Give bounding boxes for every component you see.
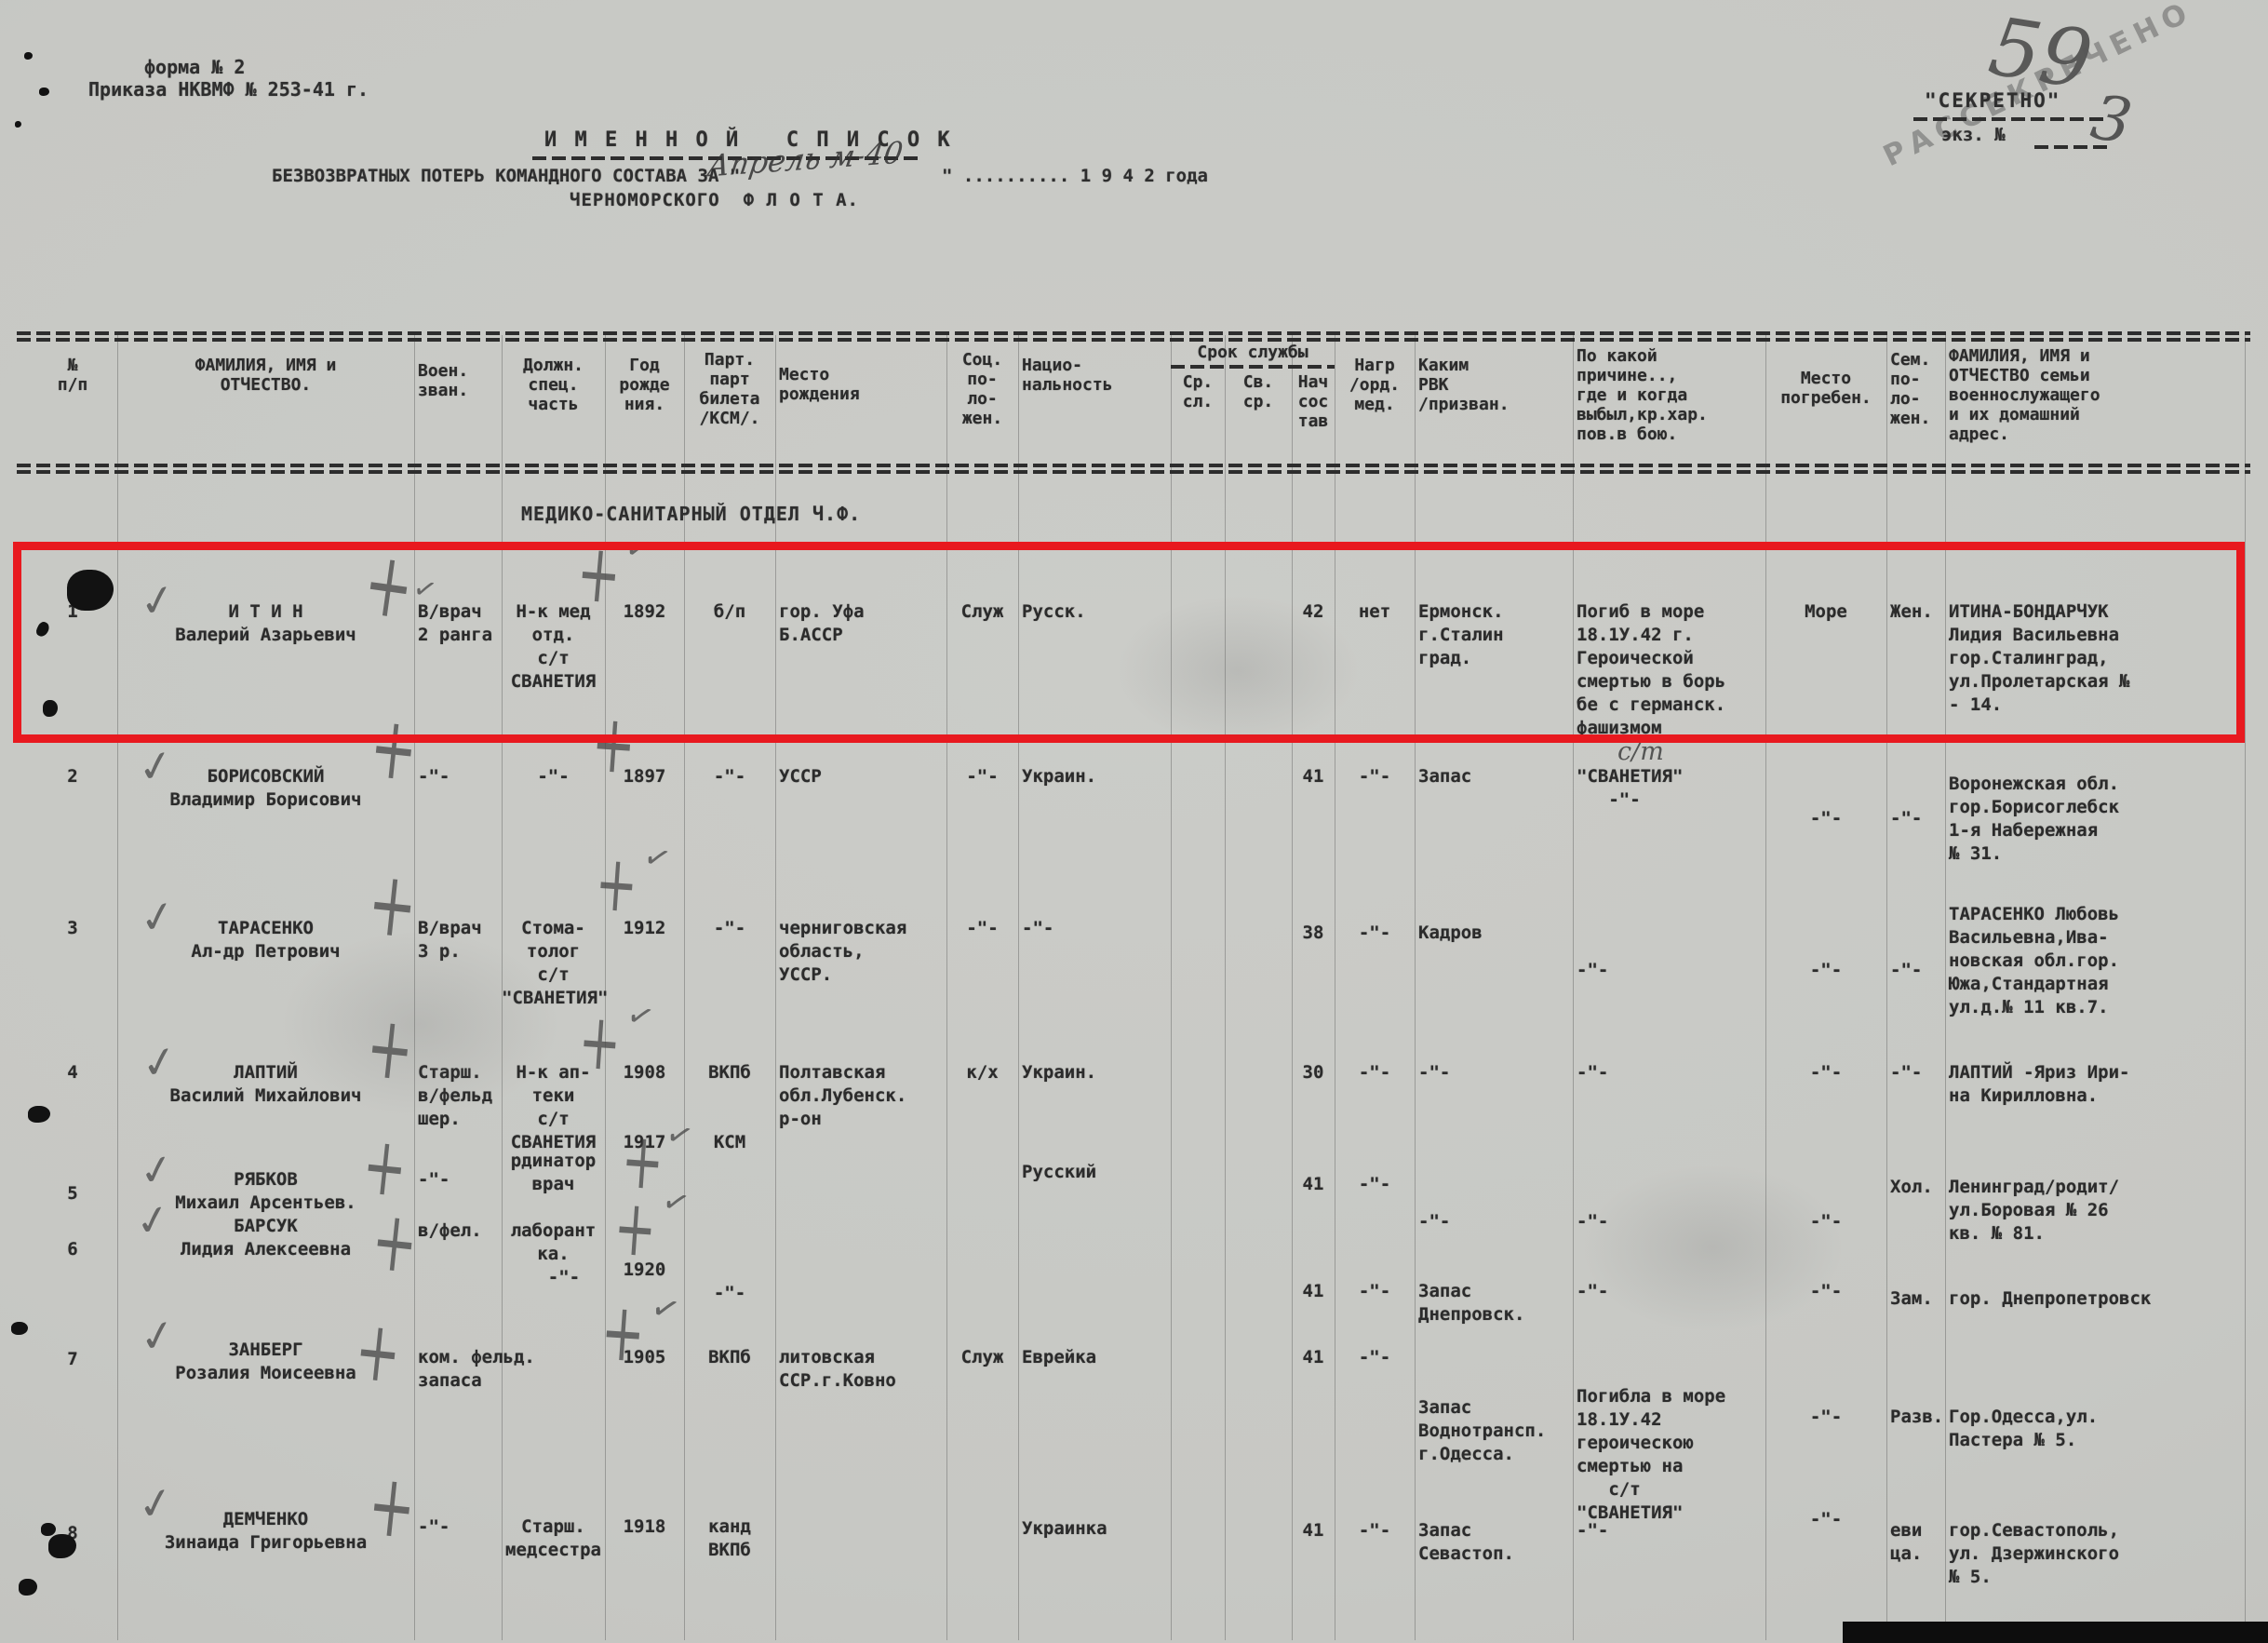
cell-line: гор.Севастополь, bbox=[1949, 1519, 2256, 1542]
cell-line: 30 bbox=[1292, 1061, 1335, 1084]
column-line bbox=[775, 335, 776, 1640]
cell-line: запаса bbox=[418, 1369, 505, 1393]
cell-r7-burial: -"- bbox=[1765, 1406, 1886, 1429]
handwritten-checkmark-icon: ✓ bbox=[646, 1286, 684, 1331]
cell-r6-rvk: ЗапасДнепровск. bbox=[1415, 1280, 1577, 1327]
cell-r2-num: 2 bbox=[28, 765, 117, 788]
cell-r5-nach: 41 bbox=[1292, 1173, 1335, 1196]
header-line: сл. bbox=[1171, 392, 1225, 411]
form-note-line2: Приказа НКВМФ № 253-41 г. bbox=[88, 78, 369, 101]
cell-r5-num: 5 bbox=[28, 1182, 117, 1205]
cell-line: смертью на bbox=[1577, 1455, 1769, 1478]
cell-line: литовская bbox=[779, 1346, 950, 1369]
cell-line: ул.д.№ 11 кв.7. bbox=[1949, 996, 2256, 1019]
cell-line bbox=[684, 1084, 775, 1108]
cell-r8-fstat: евица. bbox=[1886, 1519, 1949, 1566]
cell-r5-duty: рдинаторврач bbox=[502, 1150, 605, 1196]
cell-r4-party: ВКПбКСМ bbox=[684, 1061, 775, 1154]
cell-line: -"- bbox=[1577, 1061, 1769, 1084]
scanned-document-page: форма № 2 Приказа НКВМФ № 253-41 г. 59 Р… bbox=[0, 0, 2268, 1643]
cell-line: Служ bbox=[946, 1346, 1018, 1369]
ink-blot bbox=[28, 1106, 50, 1123]
paper-smudge bbox=[1117, 596, 1359, 745]
cell-line: 41 bbox=[1292, 1280, 1335, 1303]
cell-r8-burial: -"- bbox=[1765, 1508, 1886, 1531]
cell-r7-cause: Погибла в море18.1У.42героическоюсмертью… bbox=[1573, 1385, 1769, 1525]
cell-r2-nation: Украин. bbox=[1018, 765, 1174, 788]
header-line: пов.в бою. bbox=[1577, 424, 1769, 444]
header-line: погребен. bbox=[1765, 388, 1886, 408]
handwritten-checkmark-icon: ✓ bbox=[639, 837, 676, 881]
header-birth: Месторождения bbox=[775, 365, 950, 404]
cell-r3-social: -"- bbox=[946, 917, 1018, 940]
cell-line: 41 bbox=[1292, 1346, 1335, 1369]
cell-r4-nach: 30 bbox=[1292, 1061, 1335, 1084]
header-family: ФАМИЛИЯ, ИМЯ иОТЧЕСТВО семьивоеннослужащ… bbox=[1945, 346, 2256, 444]
header-line: Сем. bbox=[1890, 350, 1949, 370]
cell-r3-nation: -"- bbox=[1018, 917, 1174, 940]
header-line: жен. bbox=[946, 409, 1018, 428]
ink-speck bbox=[24, 52, 33, 60]
cell-line: 2 bbox=[28, 765, 117, 788]
header-cause: По какойпричине..,где и когдавыбыл,кр.ха… bbox=[1573, 346, 1769, 444]
cell-r8-rank: -"- bbox=[414, 1515, 505, 1539]
cell-r8-duty: Старш.медсестра bbox=[502, 1515, 605, 1562]
cell-line: 1-я Набережная bbox=[1949, 819, 2256, 842]
cell-r6-party: -"- bbox=[684, 1282, 775, 1305]
scan-edge-black-bar bbox=[1843, 1622, 2268, 1643]
cell-r2-burial: -"- bbox=[1765, 807, 1886, 830]
ink-speck bbox=[39, 88, 49, 96]
cell-line bbox=[684, 1108, 775, 1131]
header-line: /орд. bbox=[1335, 375, 1415, 395]
cell-line: 41 bbox=[1292, 1173, 1335, 1196]
column-line bbox=[1886, 335, 1887, 1640]
cell-line: рдинатор bbox=[502, 1150, 605, 1173]
cell-line: р-он bbox=[779, 1108, 950, 1131]
header-line: Должн. bbox=[502, 356, 605, 375]
cell-line: КСМ bbox=[684, 1131, 775, 1154]
cell-r5-rvk: -"- bbox=[1415, 1210, 1577, 1233]
cell-line: -"- bbox=[1418, 1061, 1577, 1084]
cell-line: -"- bbox=[1577, 1519, 1769, 1542]
cell-line: -"- bbox=[684, 765, 775, 788]
header-line: /КСМ/. bbox=[684, 409, 775, 428]
cell-r3-family: ТАРАСЕНКО ЛюбовьВасильевна,Ива-новская о… bbox=[1945, 903, 2256, 1019]
cell-line: -"- bbox=[1335, 1173, 1415, 1196]
cell-r7-nach: 41 bbox=[1292, 1346, 1335, 1369]
cell-r8-nation: Украинка bbox=[1018, 1517, 1174, 1541]
header-line: и их домашний bbox=[1949, 405, 2256, 424]
cell-line: -"- bbox=[1765, 1508, 1886, 1531]
cell-r2-rvk: Запас bbox=[1415, 765, 1577, 788]
secrecy-stamp: "СЕКРЕТНО" bbox=[1925, 89, 2060, 112]
header-line: по- bbox=[1890, 370, 1949, 389]
header-party: Парт.партбилета/КСМ/. bbox=[684, 350, 775, 428]
column-line bbox=[1018, 335, 1019, 1640]
header-name: ФАМИЛИЯ, ИМЯ иОТЧЕСТВО. bbox=[117, 356, 414, 395]
ink-blot bbox=[11, 1322, 28, 1335]
cell-line: Запас bbox=[1418, 1519, 1577, 1542]
cell-r5-family: Ленинград/родит/ул.Боровая № 26кв. № 81. bbox=[1945, 1176, 2256, 1246]
cell-line: -"- bbox=[1335, 765, 1415, 788]
cell-line: ком. фельд. bbox=[418, 1346, 505, 1369]
cell-line: ВКПб bbox=[684, 1061, 775, 1084]
cell-line: -"- bbox=[1335, 1280, 1415, 1303]
cell-r6-family: гор. Днепропетровск bbox=[1945, 1287, 2256, 1311]
cell-r7-rvk: ЗапасВоднотрансп.г.Одесса. bbox=[1415, 1396, 1577, 1466]
header-line: сос bbox=[1292, 392, 1335, 411]
cell-r8-award: -"- bbox=[1335, 1519, 1415, 1542]
cell-line: -"- bbox=[1335, 1346, 1415, 1369]
cell-r6-num: 6 bbox=[28, 1238, 117, 1261]
cell-line: канд bbox=[684, 1515, 775, 1539]
cell-r3-burial: -"- bbox=[1765, 959, 1886, 982]
header-award: Нагр/орд.мед. bbox=[1335, 356, 1415, 414]
cell-line: новская обл.гор. bbox=[1949, 949, 2256, 973]
cell-r7-num: 7 bbox=[28, 1348, 117, 1371]
header-line: п/п bbox=[28, 375, 117, 395]
cell-r3-cause: -"- bbox=[1573, 959, 1769, 982]
cell-r3-birth: черниговскаяобласть,УССР. bbox=[775, 917, 950, 987]
cell-line: -"- bbox=[946, 917, 1018, 940]
subtitle-right: " .......... 1 9 4 2 года bbox=[942, 166, 1208, 186]
cell-line: Пастера № 5. bbox=[1949, 1429, 2256, 1452]
cell-line: -"- bbox=[418, 1515, 505, 1539]
cell-line: ка. bbox=[502, 1243, 605, 1266]
header-line: тав bbox=[1292, 411, 1335, 431]
cell-line: Васильевна,Ива- bbox=[1949, 926, 2256, 949]
column-line bbox=[117, 335, 118, 1640]
cell-r5-award: -"- bbox=[1335, 1173, 1415, 1196]
cell-line: 1918 bbox=[605, 1515, 684, 1539]
cell-r2-social: -"- bbox=[946, 765, 1018, 788]
header-line: /призван. bbox=[1418, 395, 1577, 414]
header-line: ния. bbox=[605, 395, 684, 414]
handwritten-checkmark-icon: ✓ bbox=[136, 1308, 180, 1364]
cell-line: Запас bbox=[1418, 765, 1577, 788]
cell-r6-rank: в/фел. bbox=[414, 1219, 505, 1243]
handwritten-checkmark-icon: ✓ bbox=[138, 1034, 181, 1090]
cell-line: -"- bbox=[1890, 807, 1949, 830]
cell-line: с/т bbox=[502, 1108, 605, 1131]
header-line: ОТЧЕСТВО. bbox=[117, 375, 414, 395]
secrecy-underline bbox=[1913, 117, 2107, 121]
cell-r2-nach: 41 bbox=[1292, 765, 1335, 788]
cell-line: гор.Борисоглебск bbox=[1949, 796, 2256, 819]
cell-r8-family: гор.Севастополь,ул. Дзержинского№ 5. bbox=[1945, 1519, 2256, 1589]
cell-line: -"- bbox=[946, 765, 1018, 788]
cell-r7-family: Гор.Одесса,ул.Пастера № 5. bbox=[1945, 1406, 2256, 1452]
cell-r3-party: -"- bbox=[684, 917, 775, 940]
section-header: МЕДИКО-САНИТАРНЫЙ ОТДЕЛ Ч.Ф. bbox=[521, 503, 861, 525]
cell-r7-rank: ком. фельд.запаса bbox=[414, 1346, 505, 1393]
header-service-group: Срок службы bbox=[1171, 343, 1335, 362]
cell-line: Южа,Стандартная bbox=[1949, 973, 2256, 996]
handwritten-cross-icon: + bbox=[351, 1300, 406, 1403]
cell-r4-cause: -"- bbox=[1573, 1061, 1769, 1084]
handwritten-checkmark-icon: ✓ bbox=[134, 1475, 178, 1531]
header-line: Св. bbox=[1225, 372, 1292, 392]
cell-line: 4 bbox=[28, 1061, 117, 1084]
handwritten-checkmark-icon: ✓ bbox=[658, 1181, 694, 1225]
header-rvk: КакимРВК/призван. bbox=[1415, 356, 1577, 414]
cell-r4-fstat: -"- bbox=[1886, 1061, 1949, 1084]
cell-r2-fstat: -"- bbox=[1886, 807, 1949, 830]
cell-line: Запас bbox=[1418, 1280, 1577, 1303]
handwritten-cross-icon: + bbox=[611, 1181, 660, 1275]
column-line bbox=[1292, 335, 1293, 1640]
cell-line: 38 bbox=[1292, 922, 1335, 945]
header-line: где и когда bbox=[1577, 385, 1769, 405]
header-line: ОТЧЕСТВО семьи bbox=[1949, 366, 2256, 385]
cell-line: -"- bbox=[1577, 788, 1769, 812]
cell-line: -"- bbox=[1022, 917, 1174, 940]
cell-line: черниговская bbox=[779, 917, 950, 940]
header-line: рождения bbox=[779, 384, 950, 404]
header-line: мед. bbox=[1335, 395, 1415, 414]
ink-blot bbox=[19, 1579, 37, 1596]
cell-r3-award: -"- bbox=[1335, 922, 1415, 945]
cell-line: -"- bbox=[1765, 807, 1886, 830]
cell-r8-rvk: ЗапасСевастоп. bbox=[1415, 1519, 1577, 1566]
handwritten-checkmark-icon: ✓ bbox=[134, 738, 178, 794]
cell-line: ТАРАСЕНКО Любовь bbox=[1949, 903, 2256, 926]
cell-line: Запас bbox=[1418, 1396, 1577, 1420]
cell-line: врач bbox=[502, 1173, 605, 1196]
column-line bbox=[946, 335, 947, 1640]
cell-r7-party: ВКПб bbox=[684, 1346, 775, 1369]
header-line: Соц. bbox=[946, 350, 1018, 370]
header-line: Нацио- bbox=[1022, 356, 1174, 375]
header-svsr: Св.ср. bbox=[1225, 372, 1292, 411]
ink-blot bbox=[48, 1534, 76, 1558]
cell-line: обл.Лубенск. bbox=[779, 1084, 950, 1108]
header-line: Нагр bbox=[1335, 356, 1415, 375]
cell-r5-rank: -"- bbox=[414, 1168, 505, 1192]
cell-r4-family: ЛАПТИЙ -Яриз Ири-на Кирилловна. bbox=[1945, 1061, 2256, 1108]
cell-line: -"- bbox=[502, 1266, 605, 1289]
header-burial: Местопогребен. bbox=[1765, 369, 1886, 408]
header-line: Нач bbox=[1292, 372, 1335, 392]
cell-line: еви bbox=[1890, 1519, 1949, 1542]
cell-r4-burial: -"- bbox=[1765, 1061, 1886, 1084]
cell-line: -"- bbox=[1335, 922, 1415, 945]
cell-line: на Кирилловна. bbox=[1949, 1084, 2256, 1108]
column-line bbox=[1171, 335, 1172, 1640]
cell-line: -"- bbox=[1577, 959, 1769, 982]
cell-r2-birth: УССР bbox=[775, 765, 950, 788]
header-line: часть bbox=[502, 395, 605, 414]
column-line bbox=[1335, 335, 1335, 1640]
cell-line: 5 bbox=[28, 1182, 117, 1205]
header-line: Ср. bbox=[1171, 372, 1225, 392]
header-line: спец. bbox=[502, 375, 605, 395]
cell-r7-birth: литовскаяССР.г.Ковно bbox=[775, 1346, 950, 1393]
cell-line: Полтавская bbox=[779, 1061, 950, 1084]
cell-r2-cause: "СВАНЕТИЯ" -"- bbox=[1573, 765, 1769, 812]
cell-r6-award: -"- bbox=[1335, 1280, 1415, 1303]
cell-r7-nation: Еврейка bbox=[1018, 1346, 1174, 1369]
column-line bbox=[1225, 335, 1226, 1640]
header-num: №п/п bbox=[28, 356, 117, 395]
cell-r4-social: к/х bbox=[946, 1061, 1018, 1084]
header-line: билета bbox=[684, 389, 775, 409]
subtitle-left: БЕЗВОЗВРАТНЫХ ПОТЕРЬ КОМАНДНОГО СОСТАВА … bbox=[272, 166, 740, 186]
cell-line: -"- bbox=[1335, 1519, 1415, 1542]
cell-line: область, bbox=[779, 940, 950, 963]
header-line: По какой bbox=[1577, 346, 1769, 366]
cell-r3-num: 3 bbox=[28, 917, 117, 940]
cell-r5-fstat: Хол. bbox=[1886, 1176, 1949, 1199]
cell-line: ЛАПТИЙ -Яриз Ири- bbox=[1949, 1061, 2256, 1084]
cell-line: к/х bbox=[946, 1061, 1018, 1084]
header-line: парт bbox=[684, 370, 775, 389]
cell-r4-rvk: -"- bbox=[1415, 1061, 1577, 1084]
cell-r6-duty: лаборантка. -"- bbox=[502, 1219, 605, 1289]
cell-r2-party: -"- bbox=[684, 765, 775, 788]
header-line: ФАМИЛИЯ, ИМЯ и bbox=[1949, 346, 2256, 366]
cell-line: -"- bbox=[684, 917, 775, 940]
cell-line: 7 bbox=[28, 1348, 117, 1371]
cell-line: ВКПб bbox=[684, 1346, 775, 1369]
cell-r6-fstat: Зам. bbox=[1886, 1287, 1949, 1311]
cell-r8-year: 1918 bbox=[605, 1515, 684, 1539]
cell-line: "СВАНЕТИЯ" bbox=[1577, 765, 1769, 788]
header-nation: Нацио-нальность bbox=[1018, 356, 1174, 395]
cell-r4-nation: Украин. bbox=[1018, 1061, 1174, 1084]
header-line: РВК bbox=[1418, 375, 1577, 395]
cell-r2-award: -"- bbox=[1335, 765, 1415, 788]
header-line: Место bbox=[1765, 369, 1886, 388]
cell-line: Стома- bbox=[502, 917, 605, 940]
header-rank: Воен.зван. bbox=[414, 361, 505, 400]
handwritten-cross-icon: + bbox=[593, 837, 641, 931]
header-line: жен. bbox=[1890, 409, 1949, 428]
cell-r7-fstat: Разв. bbox=[1886, 1406, 1949, 1429]
header-line: ло- bbox=[1890, 389, 1949, 409]
cell-line: Украин. bbox=[1022, 765, 1174, 788]
handwritten-checkmark-icon: ✓ bbox=[136, 1144, 178, 1197]
table-rule bbox=[17, 338, 2250, 342]
cell-line: 6 bbox=[28, 1238, 117, 1261]
cell-line: 3 bbox=[28, 917, 117, 940]
cell-r4-num: 4 bbox=[28, 1061, 117, 1084]
cell-line: Кадров bbox=[1418, 922, 1577, 945]
table-rule bbox=[17, 331, 2250, 335]
cell-line: ВКПб bbox=[684, 1539, 775, 1562]
cell-line: Гор.Одесса,ул. bbox=[1949, 1406, 2256, 1429]
header-line: ср. bbox=[1225, 392, 1292, 411]
cell-line: Старш. bbox=[502, 1515, 605, 1539]
handwritten-checkmark-icon: ✓ bbox=[136, 889, 180, 945]
cell-r7-social: Служ bbox=[946, 1346, 1018, 1369]
header-line: причине.., bbox=[1577, 366, 1769, 385]
cell-r6-nach: 41 bbox=[1292, 1280, 1335, 1303]
cell-line: -"- bbox=[684, 1282, 775, 1305]
cell-line: Днепровск. bbox=[1418, 1303, 1577, 1327]
cell-line: -"- bbox=[418, 1168, 505, 1192]
header-line: Год bbox=[605, 356, 684, 375]
header-line: Воен. bbox=[418, 361, 505, 381]
cell-line: -"- bbox=[418, 765, 505, 788]
cell-line: -"- bbox=[1765, 1061, 1886, 1084]
cell-line: г.Одесса. bbox=[1418, 1443, 1577, 1466]
cell-line: ул.Боровая № 26 bbox=[1949, 1199, 2256, 1222]
cell-line: № 5. bbox=[1949, 1566, 2256, 1589]
header-line: № bbox=[28, 356, 117, 375]
header-line: Каким bbox=[1418, 356, 1577, 375]
header-line: зван. bbox=[418, 381, 505, 400]
cell-r2-rank: -"- bbox=[414, 765, 505, 788]
cell-line: -"- bbox=[1890, 959, 1949, 982]
cell-line: Еврейка bbox=[1022, 1346, 1174, 1369]
cell-line: гор. Днепропетровск bbox=[1949, 1287, 2256, 1311]
cell-r3-fstat: -"- bbox=[1886, 959, 1949, 982]
cell-r8-party: кандВКПб bbox=[684, 1515, 775, 1562]
handwritten-cross-icon: + bbox=[598, 1286, 649, 1382]
cell-r2-family: Воронежская обл.гор.Борисоглебск1-я Набе… bbox=[1945, 773, 2256, 866]
header-line: Парт. bbox=[684, 350, 775, 370]
cell-line: лаборант bbox=[502, 1219, 605, 1243]
cell-line: ца. bbox=[1890, 1542, 1949, 1566]
cell-line: УССР. bbox=[779, 963, 950, 987]
cell-line: Севастоп. bbox=[1418, 1542, 1577, 1566]
cell-line: Украин. bbox=[1022, 1061, 1174, 1084]
handwritten-copy-number: 3 bbox=[2087, 81, 2138, 158]
cell-r3-nach: 38 bbox=[1292, 922, 1335, 945]
header-line: ФАМИЛИЯ, ИМЯ и bbox=[117, 356, 414, 375]
cell-r7-award: -"- bbox=[1335, 1346, 1415, 1369]
header-line: военнослужащего bbox=[1949, 385, 2256, 405]
header-year: Годрождения. bbox=[605, 356, 684, 414]
header-line: нальность bbox=[1022, 375, 1174, 395]
cell-line: Украинка bbox=[1022, 1517, 1174, 1541]
header-fstat: Сем.по-ло-жен. bbox=[1886, 350, 1949, 428]
table-rule bbox=[17, 464, 2250, 467]
cell-line: Русский bbox=[1022, 1161, 1174, 1184]
cell-line: в/фел. bbox=[418, 1219, 505, 1243]
cell-r3-rvk: Кадров bbox=[1415, 922, 1577, 945]
subtitle-line2: ЧЕРНОМОРСКОГО Ф Л О Т А. bbox=[570, 190, 859, 210]
cell-line: 18.1У.42 bbox=[1577, 1408, 1769, 1432]
cell-line: с/т bbox=[1577, 1478, 1769, 1502]
form-note-line1: форма № 2 bbox=[144, 56, 245, 78]
service-group-underline bbox=[1171, 365, 1335, 369]
cell-line: 41 bbox=[1292, 765, 1335, 788]
cell-line: Воднотрансп. bbox=[1418, 1420, 1577, 1443]
cell-line: Зам. bbox=[1890, 1287, 1949, 1311]
cell-line: 41 bbox=[1292, 1519, 1335, 1542]
cell-line: -"- bbox=[1765, 1406, 1886, 1429]
table-rule bbox=[17, 470, 2250, 474]
cell-line: героическою bbox=[1577, 1432, 1769, 1455]
cell-line: медсестра bbox=[502, 1539, 605, 1562]
cell-r5-nation: Русский bbox=[1018, 1161, 1174, 1184]
cell-line: УССР bbox=[779, 765, 950, 788]
header-duty: Должн.спец.часть bbox=[502, 356, 605, 414]
handwritten-cross-icon: + bbox=[576, 995, 624, 1089]
ink-speck bbox=[15, 121, 21, 128]
cell-line: Разв. bbox=[1890, 1406, 1949, 1429]
cell-line: Ленинград/родит/ bbox=[1949, 1176, 2256, 1199]
cell-line: ССР.г.Ковно bbox=[779, 1369, 950, 1393]
cell-line: Хол. bbox=[1890, 1176, 1949, 1199]
cell-line: № 31. bbox=[1949, 842, 2256, 866]
cell-r8-nach: 41 bbox=[1292, 1519, 1335, 1542]
cell-line: -"- bbox=[1418, 1210, 1577, 1233]
paper-smudge bbox=[279, 931, 558, 1117]
